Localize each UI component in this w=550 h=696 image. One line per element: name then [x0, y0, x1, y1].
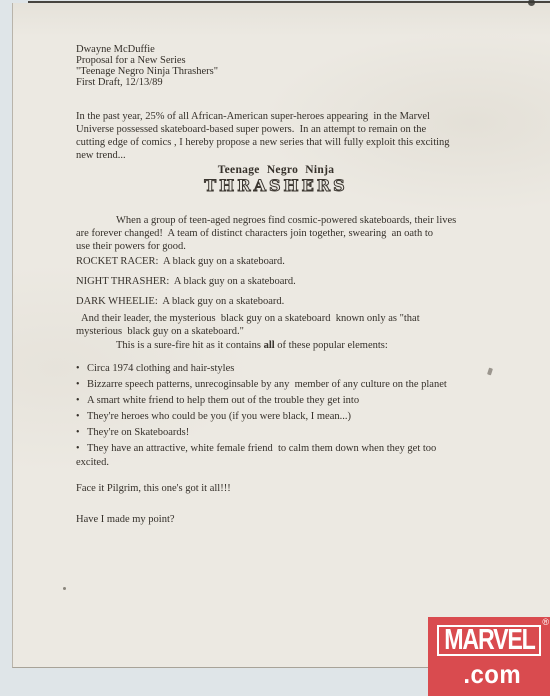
list-item-text: Bizzarre speech patterns, unrecoginsable… [87, 379, 447, 390]
intro-paragraph: In the past year, 25% of all African-Ame… [76, 110, 450, 162]
list-item: •They're on Skateboards! [76, 426, 447, 440]
marvel-logo-box: MARVEL [437, 625, 541, 656]
series-title-line: Teenage Negro Ninja [201, 163, 351, 177]
elements-intro-pre: This is a sure-fire hit as it contains [116, 340, 264, 351]
pitch-paragraph: When a group of teen-aged negroes find c… [76, 214, 456, 253]
registered-trademark-icon: ® [542, 618, 549, 627]
elements-intro-line: This is a sure-fire hit as it contains a… [76, 339, 388, 352]
series-title-block: Teenage Negro Ninja THRASHERS [201, 163, 351, 195]
roster-item-night-thrasher: NIGHT THRASHER: A black guy on a skatebo… [76, 275, 296, 288]
bullet-icon: • [76, 410, 87, 424]
scan-top-edge [28, 1, 550, 3]
ink-speck [63, 587, 66, 590]
list-item: •Circa 1974 clothing and hair-styles [76, 362, 447, 376]
final-line: Have I made my point? [76, 513, 175, 526]
list-item: •A smart white friend to help them out o… [76, 394, 447, 408]
scanned-document-page: Dwayne McDuffie Proposal for a New Serie… [0, 0, 550, 696]
bullet-icon: • [76, 394, 87, 408]
bullet-icon: • [76, 426, 87, 440]
bullet-icon: • [76, 442, 87, 456]
marvel-com-logo: ® MARVEL .com [428, 617, 550, 696]
bullet-icon: • [76, 362, 87, 376]
list-item-text: They're on Skateboards! [87, 427, 189, 438]
ink-speck [487, 368, 493, 376]
elements-intro-post: of these popular elements: [275, 340, 388, 351]
list-item-text: A smart white friend to help them out of… [87, 395, 359, 406]
paper-sheet: Dwayne McDuffie Proposal for a New Serie… [12, 3, 550, 668]
elements-list: •Circa 1974 clothing and hair-styles •Bi… [76, 362, 447, 472]
list-item-text: They have an attractive, white female fr… [76, 443, 436, 468]
series-title-outline: THRASHERS [201, 177, 351, 195]
document-header: Dwayne McDuffie Proposal for a New Serie… [76, 44, 218, 88]
character-roster: ROCKET RACER: A black guy on a skateboar… [76, 255, 296, 315]
list-item-text: Circa 1974 clothing and hair-styles [87, 363, 234, 374]
bullet-icon: • [76, 378, 87, 392]
list-item: •Bizzarre speech patterns, unrecoginsabl… [76, 378, 447, 392]
leader-paragraph: And their leader, the mysterious black g… [76, 312, 420, 338]
list-item: •They have an attractive, white female f… [76, 442, 447, 469]
elements-intro-emphasis: all [264, 340, 275, 351]
marvel-wordmark: MARVEL [444, 627, 534, 654]
list-item-text: They're heroes who could be you (if you … [87, 411, 351, 422]
closing-line: Face it Pilgrim, this one's got it all!!… [76, 482, 231, 495]
list-item: •They're heroes who could be you (if you… [76, 410, 447, 424]
roster-item-dark-wheelie: DARK WHEELIE: A black guy on a skateboar… [76, 295, 296, 308]
roster-item-rocket-racer: ROCKET RACER: A black guy on a skateboar… [76, 255, 296, 268]
dot-com-label: .com [433, 659, 545, 689]
